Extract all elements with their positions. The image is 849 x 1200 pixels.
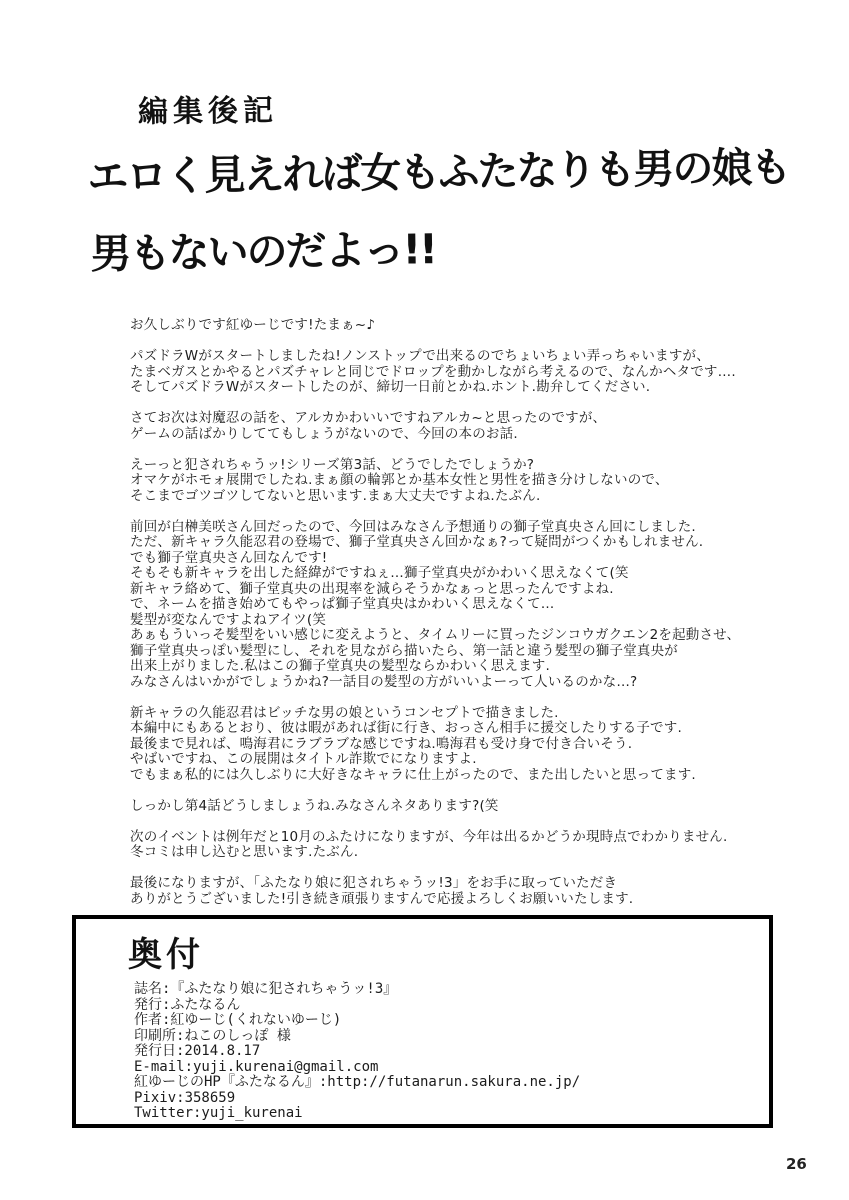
colophon-lines: 誌名:『ふたなり娘に犯されちゃうッ!3』発行:ふたなるん作者:紅ゆーじ(くれない… (134, 982, 769, 1122)
colophon-line: 発行日:2014.8.17 (134, 1044, 769, 1060)
colophon-line: 誌名:『ふたなり娘に犯されちゃうッ!3』 (134, 982, 769, 998)
colophon-line: 紅ゆーじのHP『ふたなるん』:http://futanarun.sakura.n… (134, 1075, 769, 1091)
afterword-paragraph: 新キャラの久能忍君はビッチな男の娘というコンセプトで描きました. 本編中にもある… (130, 706, 830, 784)
afterword-paragraph: お久しぶりです紅ゆーじです!たまぁ~♪ (130, 318, 830, 334)
afterword-paragraph: えーっと犯されちゃうッ!シリーズ第3話、どうでしたでしょうか? オマケがホモォ展… (130, 458, 830, 505)
afterword-paragraph: 次のイベントは例年だと10月のふたけになりますが、今年は出るかどうか現時点でわか… (130, 830, 830, 861)
colophon-heading: 奥付 (128, 927, 769, 976)
afterword-paragraph: パズドラWがスタートしましたね!ノンストップで出来るのでちょいちょい弄っちゃいま… (130, 349, 830, 396)
afterword-paragraph: さてお次は対魔忍の話を、アルカかわいいですねアルカ~と思ったのですが、 ゲームの… (130, 411, 830, 442)
afterword-paragraph: しっかし第4話どうしましょうね.みなさんネタあります?(笑 (130, 799, 830, 815)
afterword-paragraph: 前回が白榊美咲さん回だったので、今回はみなさん予想通りの獅子堂真央さん回にしまし… (130, 520, 830, 691)
title-line-1: エロく見えれば女もふたなりも男の娘も (87, 147, 808, 198)
postscript-heading: 編集後記 (138, 85, 278, 130)
afterword-paragraph: 最後になりますが、「ふたなり娘に犯されちゃうッ!3」をお手に取っていただき あり… (130, 876, 830, 907)
colophon-line: 印刷所:ねこのしっぽ 様 (134, 1029, 769, 1045)
title-line-2: 男もないのだよっ!! (90, 224, 809, 275)
colophon-line: 作者:紅ゆーじ(くれないゆーじ) (134, 1013, 769, 1029)
colophon-line: E-mail:yuji.kurenai@gmail.com (134, 1060, 769, 1076)
document-page: 編集後記 エロく見えれば女もふたなりも男の娘も 男もないのだよっ!! お久しぶり… (0, 0, 849, 1200)
colophon-line: Pixiv:358659 (134, 1091, 769, 1107)
page-number: 26 (786, 1155, 807, 1173)
colophon-line: 発行:ふたなるん (134, 998, 769, 1014)
colophon-box: 奥付 誌名:『ふたなり娘に犯されちゃうッ!3』発行:ふたなるん作者:紅ゆーじ(く… (72, 915, 773, 1128)
afterword-body: お久しぶりです紅ゆーじです!たまぁ~♪パズドラWがスタートしましたね!ノンストッ… (130, 318, 830, 923)
handwritten-title: エロく見えれば女もふたなりも男の娘も 男もないのだよっ!! (87, 147, 809, 275)
colophon-line: Twitter:yuji_kurenai (134, 1106, 769, 1122)
